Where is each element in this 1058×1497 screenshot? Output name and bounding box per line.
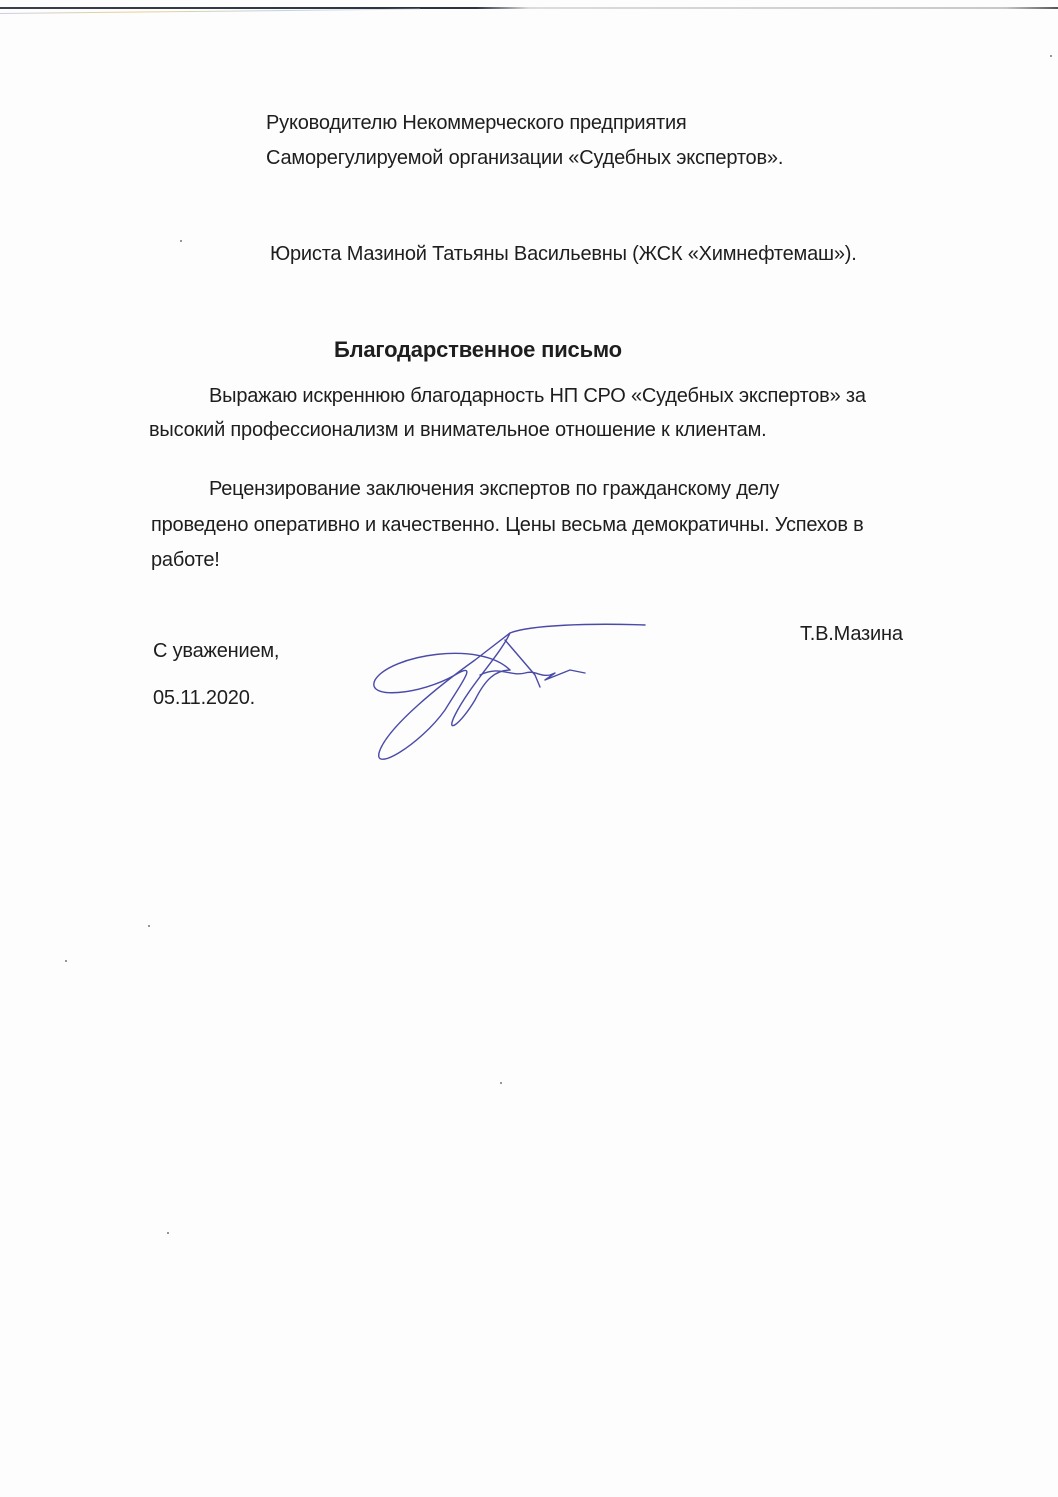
paragraph-2-line-3: работе! xyxy=(151,548,220,572)
sender-line: Юриста Мазиной Татьяны Васильевны (ЖСК «… xyxy=(270,242,857,266)
handwritten-signature-icon xyxy=(360,615,660,775)
scan-speck xyxy=(1050,55,1052,57)
addressee-line-2: Саморегулируемой организации «Судебных э… xyxy=(266,146,783,170)
scan-speck xyxy=(167,1232,169,1234)
paragraph-2-line-1: Рецензирование заключения экспертов по г… xyxy=(209,477,779,501)
paragraph-1-line-2: высокий профессионализм и внимательное о… xyxy=(149,418,767,442)
addressee-line-1: Руководителю Некоммерческого предприятия xyxy=(266,111,687,135)
scan-speck xyxy=(180,240,182,242)
scan-artifact-line xyxy=(0,9,420,14)
paragraph-2-line-2: проведено оперативно и качественно. Цены… xyxy=(151,513,864,537)
signer-name: Т.В.Мазина xyxy=(800,622,903,646)
letter-date: 05.11.2020. xyxy=(153,686,255,710)
scan-speck xyxy=(500,1082,502,1084)
letter-title: Благодарственное письмо xyxy=(334,338,622,362)
scan-speck xyxy=(65,960,67,962)
paragraph-1-line-1: Выражаю искреннюю благодарность НП СРО «… xyxy=(209,384,866,408)
scan-speck xyxy=(148,925,150,927)
scan-top-edge xyxy=(0,7,1058,9)
closing-phrase: С уважением, xyxy=(153,639,279,663)
